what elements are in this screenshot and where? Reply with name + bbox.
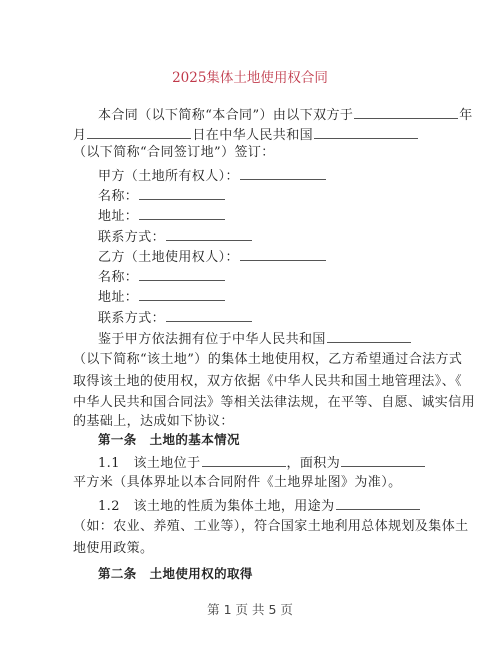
date-year-blank[interactable] [354, 106, 458, 119]
clause-1-2-cont: （如：农业、养殖、工业等），符合国家土地利用总体规划及集体土 [73, 519, 469, 535]
intro-line-1: 本合同（以下简称“本合同”）由以下双方于年 [98, 106, 473, 124]
signing-place-text: 日在中华人民共和国 [192, 128, 313, 143]
party-a-blank[interactable] [240, 167, 326, 180]
party-b-address-label: 地址： [98, 290, 138, 305]
article-2-heading: 第二条 土地使用权的取得 [98, 566, 253, 582]
party-a-label: 甲方（土地所有权人）： [98, 169, 239, 184]
whereas-line-4: 中华人民共和国合同法》等相关法律法规，在平等、自愿、诚实信用 [73, 395, 475, 411]
party-a-contact-blank[interactable] [166, 228, 252, 241]
page-indicator: 第 1 页 共 5 页 [0, 600, 500, 618]
clause-1-2: 1.2 该土地的性质为集体土地，用途为 [98, 497, 421, 515]
clause-number: 1.2 [98, 499, 120, 514]
party-a-address-blank[interactable] [139, 207, 225, 220]
whereas-line-5: 的基础上，达成如下协议： [73, 414, 234, 430]
intro-line-2: 月日在中华人民共和国 [73, 126, 419, 144]
land-use-blank[interactable] [336, 497, 420, 510]
party-b-address-blank[interactable] [139, 288, 225, 301]
party-b-contact: 联系方式： [98, 309, 253, 327]
party-a-contact: 联系方式： [98, 228, 253, 246]
party-a-address-label: 地址： [98, 209, 138, 224]
party-b-name: 名称： [98, 268, 226, 286]
land-location-blank[interactable] [327, 330, 411, 343]
party-b-name-label: 名称： [98, 270, 138, 285]
party-a-name-blank[interactable] [139, 187, 225, 200]
clause-number: 1.1 [98, 456, 120, 471]
document-title: 2025集体土地使用权合同 [0, 66, 500, 86]
year-label: 年 [459, 108, 472, 123]
party-a-contact-label: 联系方式： [98, 230, 165, 245]
clause-text: 该土地位于 [133, 456, 200, 471]
whereas-line-2: （以下简称“该土地”）的集体土地使用权，乙方希望通过合法方式 [73, 352, 462, 368]
clause-1-2-cont-2: 地使用政策。 [73, 541, 153, 557]
area-blank[interactable] [341, 454, 425, 467]
whereas-line-1: 鉴于甲方依法拥有位于中华人民共和国 [98, 330, 412, 348]
intro-line-3: （以下简称“合同签订地”）签订： [73, 145, 275, 161]
party-a-name: 名称： [98, 187, 226, 205]
intro-text: 本合同（以下简称“本合同”）由以下双方于 [98, 108, 353, 123]
party-b-heading: 乙方（土地使用权人）： [98, 248, 327, 266]
party-a-address: 地址： [98, 207, 226, 225]
party-b-label: 乙方（土地使用权人）： [98, 250, 239, 265]
party-a-heading: 甲方（土地所有权人）： [98, 167, 327, 185]
party-a-name-label: 名称： [98, 189, 138, 204]
clause-1-1: 1.1 该土地位于，面积为 [98, 454, 426, 472]
article-1-heading: 第一条 土地的基本情况 [98, 432, 240, 448]
party-b-address: 地址： [98, 288, 226, 306]
party-b-contact-label: 联系方式： [98, 311, 165, 326]
party-b-name-blank[interactable] [139, 268, 225, 281]
document-page: 2025集体土地使用权合同 本合同（以下简称“本合同”）由以下双方于年 月日在中… [0, 0, 500, 647]
area-label: ，面积为 [287, 456, 341, 471]
party-b-contact-blank[interactable] [166, 309, 252, 322]
whereas-text: 鉴于甲方依法拥有位于中华人民共和国 [98, 332, 326, 347]
date-month-blank[interactable] [87, 126, 191, 139]
clause-1-1-cont: 平方米（具体界址以本合同附件《土地界址图》为准）。 [73, 475, 402, 491]
clause-text: 该土地的性质为集体土地，用途为 [133, 499, 334, 514]
party-b-blank[interactable] [240, 248, 326, 261]
month-label: 月 [73, 128, 86, 143]
land-position-blank[interactable] [202, 454, 286, 467]
signing-place-blank[interactable] [314, 126, 418, 139]
whereas-line-3: 取得该土地的使用权，双方依据《中华人民共和国土地管理法》、《 [73, 374, 462, 390]
